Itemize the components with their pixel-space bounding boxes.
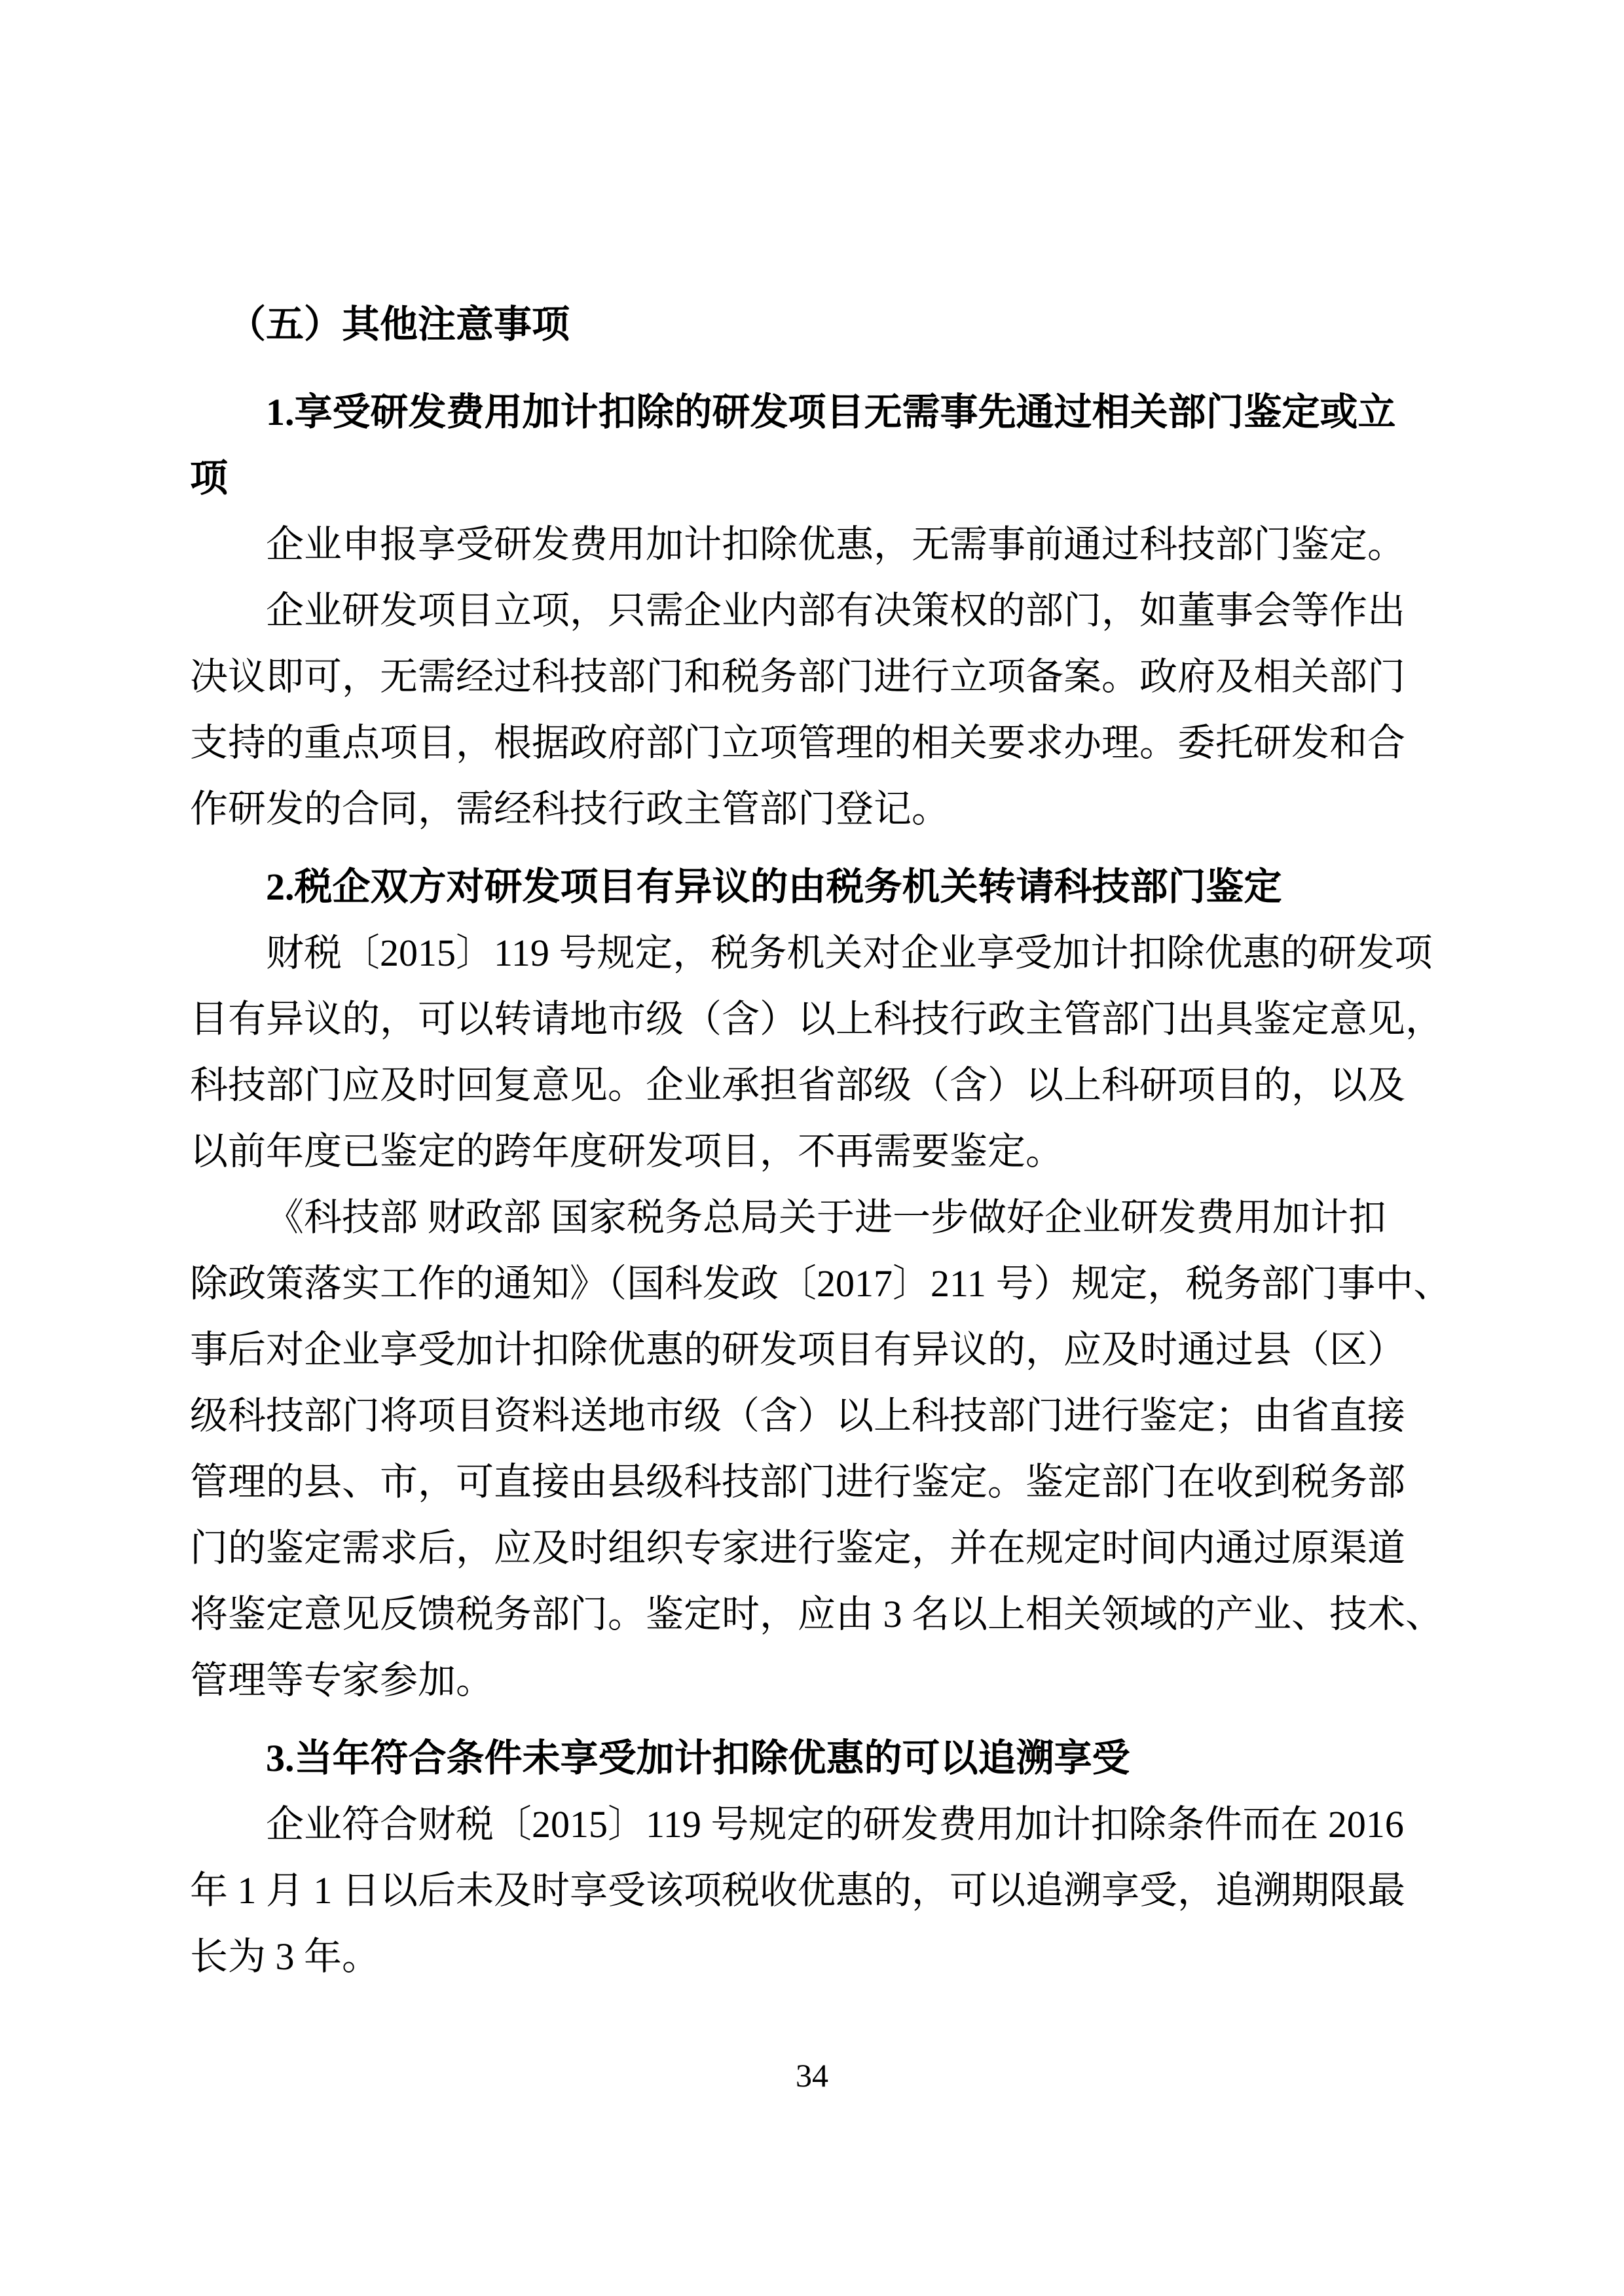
body-line: 科技部门应及时回复意见。企业承担省部级（含）以上科研项目的，以及 — [190, 1052, 1441, 1118]
body-line: 以前年度已鉴定的跨年度研发项目，不再需要鉴定。 — [190, 1118, 1441, 1184]
section-heading-5: （五）其他注意事项 — [190, 291, 1441, 357]
body-line: 决议即可，无需经过科技部门和税务部门进行立项备案。政府及相关部门 — [190, 644, 1441, 710]
subheading-1-line-2: 项 — [190, 445, 1441, 511]
body-line: 财税〔2015〕119 号规定，税务机关对企业享受加计扣除优惠的研发项 — [190, 920, 1441, 986]
page-number: 34 — [0, 2056, 1624, 2095]
body-line: 支持的重点项目，根据政府部门立项管理的相关要求办理。委托研发和合 — [190, 710, 1441, 776]
body-line: 年 1 月 1 日以后未及时享受该项税收优惠的，可以追溯享受，追溯期限最 — [190, 1857, 1441, 1923]
subheading-2: 2.税企双方对研发项目有异议的由税务机关转请科技部门鉴定 — [190, 854, 1441, 920]
body-line: 企业申报享受研发费用加计扣除优惠，无需事前通过科技部门鉴定。 — [190, 511, 1441, 577]
body-line: 作研发的合同，需经科技行政主管部门登记。 — [190, 776, 1441, 842]
body-line: 管理等专家参加。 — [190, 1647, 1441, 1713]
document-page: （五）其他注意事项 1.享受研发费用加计扣除的研发项目无需事先通过相关部门鉴定或… — [0, 0, 1624, 2296]
body-line: 除政策落实工作的通知》（国科发政〔2017〕211 号）规定，税务部门事中、 — [190, 1250, 1441, 1317]
subheading-1-line-1: 1.享受研发费用加计扣除的研发项目无需事先通过相关部门鉴定或立 — [190, 379, 1441, 445]
body-line: 管理的县、市，可直接由县级科技部门进行鉴定。鉴定部门在收到税务部 — [190, 1449, 1441, 1515]
body-line: 门的鉴定需求后，应及时组织专家进行鉴定，并在规定时间内通过原渠道 — [190, 1515, 1441, 1581]
body-line: 将鉴定意见反馈税务部门。鉴定时，应由 3 名以上相关领域的产业、技术、 — [190, 1581, 1441, 1647]
body-line: 级科技部门将项目资料送地市级（含）以上科技部门进行鉴定；由省直接 — [190, 1383, 1441, 1449]
body-line: 《科技部 财政部 国家税务总局关于进一步做好企业研发费用加计扣 — [190, 1184, 1441, 1250]
body-line: 企业研发项目立项，只需企业内部有决策权的部门，如董事会等作出 — [190, 577, 1441, 644]
body-line: 长为 3 年。 — [190, 1923, 1441, 1990]
document-body: （五）其他注意事项 1.享受研发费用加计扣除的研发项目无需事先通过相关部门鉴定或… — [190, 291, 1441, 1990]
subheading-3: 3.当年符合条件未享受加计扣除优惠的可以追溯享受 — [190, 1725, 1441, 1791]
body-line: 事后对企业享受加计扣除优惠的研发项目有异议的，应及时通过县（区） — [190, 1317, 1441, 1383]
body-line: 企业符合财税〔2015〕119 号规定的研发费用加计扣除条件而在 2016 — [190, 1791, 1441, 1857]
body-line: 目有异议的，可以转请地市级（含）以上科技行政主管部门出具鉴定意见， — [190, 986, 1441, 1052]
